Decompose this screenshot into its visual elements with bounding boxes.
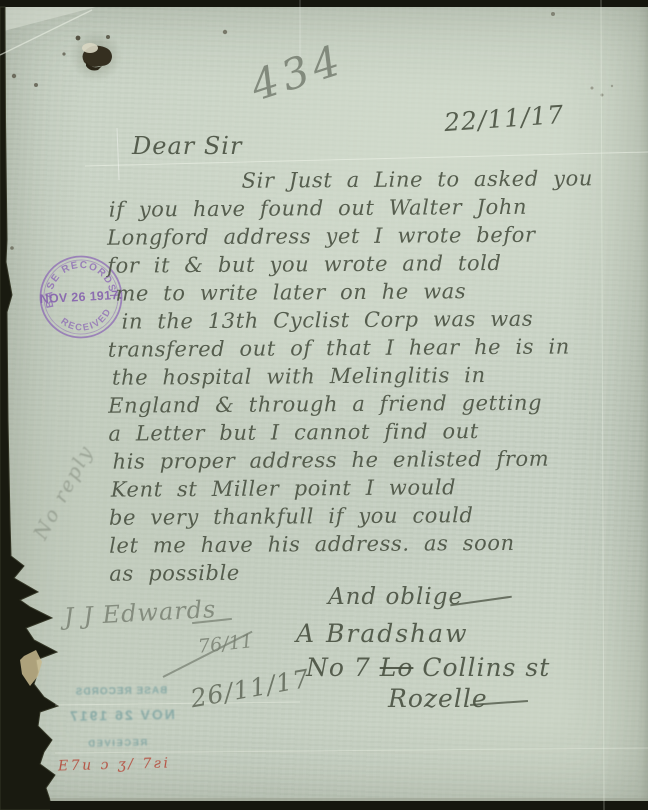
letter-body: Sir Just a Line to asked you if you have… bbox=[107, 164, 596, 587]
body-line: his proper address he enlisted from bbox=[112, 444, 594, 475]
signature-name: A Bradshaw bbox=[296, 619, 468, 648]
signature-address-suffix: Collins st bbox=[413, 653, 550, 682]
torn-left-edge bbox=[0, 7, 58, 810]
body-line: let me have his address. as soon bbox=[109, 528, 595, 559]
body-line: be very thankfull if you could bbox=[109, 500, 595, 531]
letter-scan-page: No reply BASE RECORDS RECEIVED NOV 26 19… bbox=[0, 0, 648, 810]
body-line: transfered out of that I hear he is in bbox=[108, 332, 594, 363]
body-line: Longford address yet I wrote befor bbox=[107, 220, 593, 251]
body-line: for it & but you wrote and told bbox=[107, 248, 593, 279]
closing-phrase: And oblige bbox=[328, 584, 463, 610]
body-line: Kent st Miller point I would bbox=[111, 472, 595, 503]
bottom-edge bbox=[50, 798, 648, 810]
body-line: a Letter but I cannot find out bbox=[108, 416, 594, 447]
signature-address-struck-word: Lo bbox=[380, 653, 414, 682]
bleed-through-stamp-line1: BASE RECORDS bbox=[56, 685, 186, 698]
body-line: the hospital with Melinglitis in bbox=[112, 360, 594, 391]
body-line: in the 13th Cyclist Corp was was bbox=[122, 304, 594, 335]
body-line: if you have found out Walter John bbox=[109, 192, 593, 223]
signature-locality: Rozelle bbox=[388, 684, 488, 713]
red-registry-mark: E7u ɔ ӡ/ 7ƨi bbox=[58, 756, 171, 775]
body-line: England & through a friend getting bbox=[108, 388, 594, 419]
bleed-through-stamp-line2: NOV 26 1917 bbox=[54, 706, 189, 724]
salutation: Dear Sir bbox=[132, 132, 242, 160]
signature-address: No 7 Lo Collins st bbox=[306, 653, 550, 682]
body-line: Sir Just a Line to asked you bbox=[242, 164, 593, 194]
body-line: as possible bbox=[109, 556, 595, 587]
body-line: me to write later on he was bbox=[115, 276, 593, 307]
signature-address-prefix: No 7 bbox=[306, 653, 380, 682]
bleed-through-stamp-line3: RECEIVED bbox=[62, 737, 172, 750]
top-edge bbox=[0, 0, 648, 32]
